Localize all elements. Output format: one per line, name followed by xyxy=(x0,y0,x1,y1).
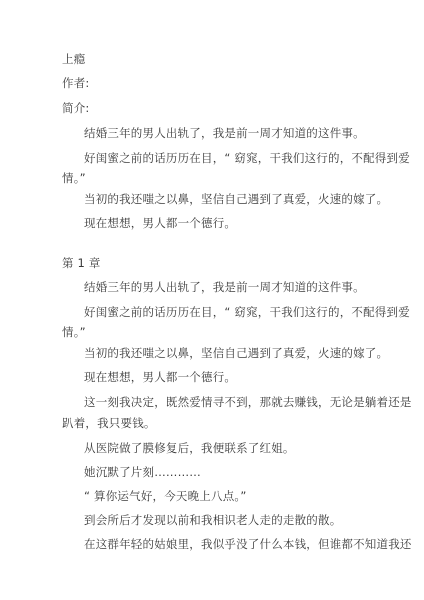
chapter-paragraph: 从医院做了膜修复后，我便联系了红姐。 xyxy=(84,441,295,455)
chapter-paragraph: 好闺蜜之前的话历历在目，“ 窈窕，干我们这行的，不配得到爱 xyxy=(84,305,410,319)
chapter-paragraph: 到会所后才发现以前和我相识老人走的走散的散。 xyxy=(84,513,341,527)
intro-paragraph: 好闺蜜之前的话历历在目，“ 窈窕，干我们这行的，不配得到爱 xyxy=(84,151,410,165)
book-title: 上瘾 xyxy=(62,52,85,66)
chapter-paragraph: 她沉默了片刻………… xyxy=(84,465,201,479)
document-page: 上瘾 作者: 简介: 结婚三年的男人出轨了，我是前一周才知道的这件事。 好闺蜜之… xyxy=(0,0,424,600)
chapter-paragraph: 当初的我还嗤之以鼻，坚信自己遇到了真爱，火速的嫁了。 xyxy=(84,346,388,360)
chapter-title: 第 1 章 xyxy=(62,256,101,270)
chapter-paragraph: 现在想想，男人都一个德行。 xyxy=(84,370,236,384)
intro-paragraph: 现在想想，男人都一个德行。 xyxy=(84,216,236,230)
intro-paragraph: 结婚三年的男人出轨了，我是前一周才知道的这件事。 xyxy=(84,126,365,140)
chapter-paragraph: 结婚三年的男人出轨了，我是前一周才知道的这件事。 xyxy=(84,280,365,294)
chapter-paragraph: “ 算你运气好，今天晚上八点。” xyxy=(84,489,247,503)
chapter-paragraph: 在这群年轻的姑娘里，我似乎没了什么本钱，但谁都不知道我还 xyxy=(84,537,412,551)
author-label: 作者: xyxy=(62,76,89,90)
intro-paragraph: 情。” xyxy=(62,171,86,185)
chapter-paragraph: 这一刻我决定，既然爱情寻不到，那就去赚钱，无论是躺着还是 xyxy=(84,395,412,409)
chapter-paragraph: 情。” xyxy=(62,325,86,339)
intro-label: 简介: xyxy=(62,101,89,115)
chapter-paragraph: 趴着，我只要钱。 xyxy=(62,416,156,430)
intro-paragraph: 当初的我还嗤之以鼻，坚信自己遇到了真爱，火速的嫁了。 xyxy=(84,192,388,206)
